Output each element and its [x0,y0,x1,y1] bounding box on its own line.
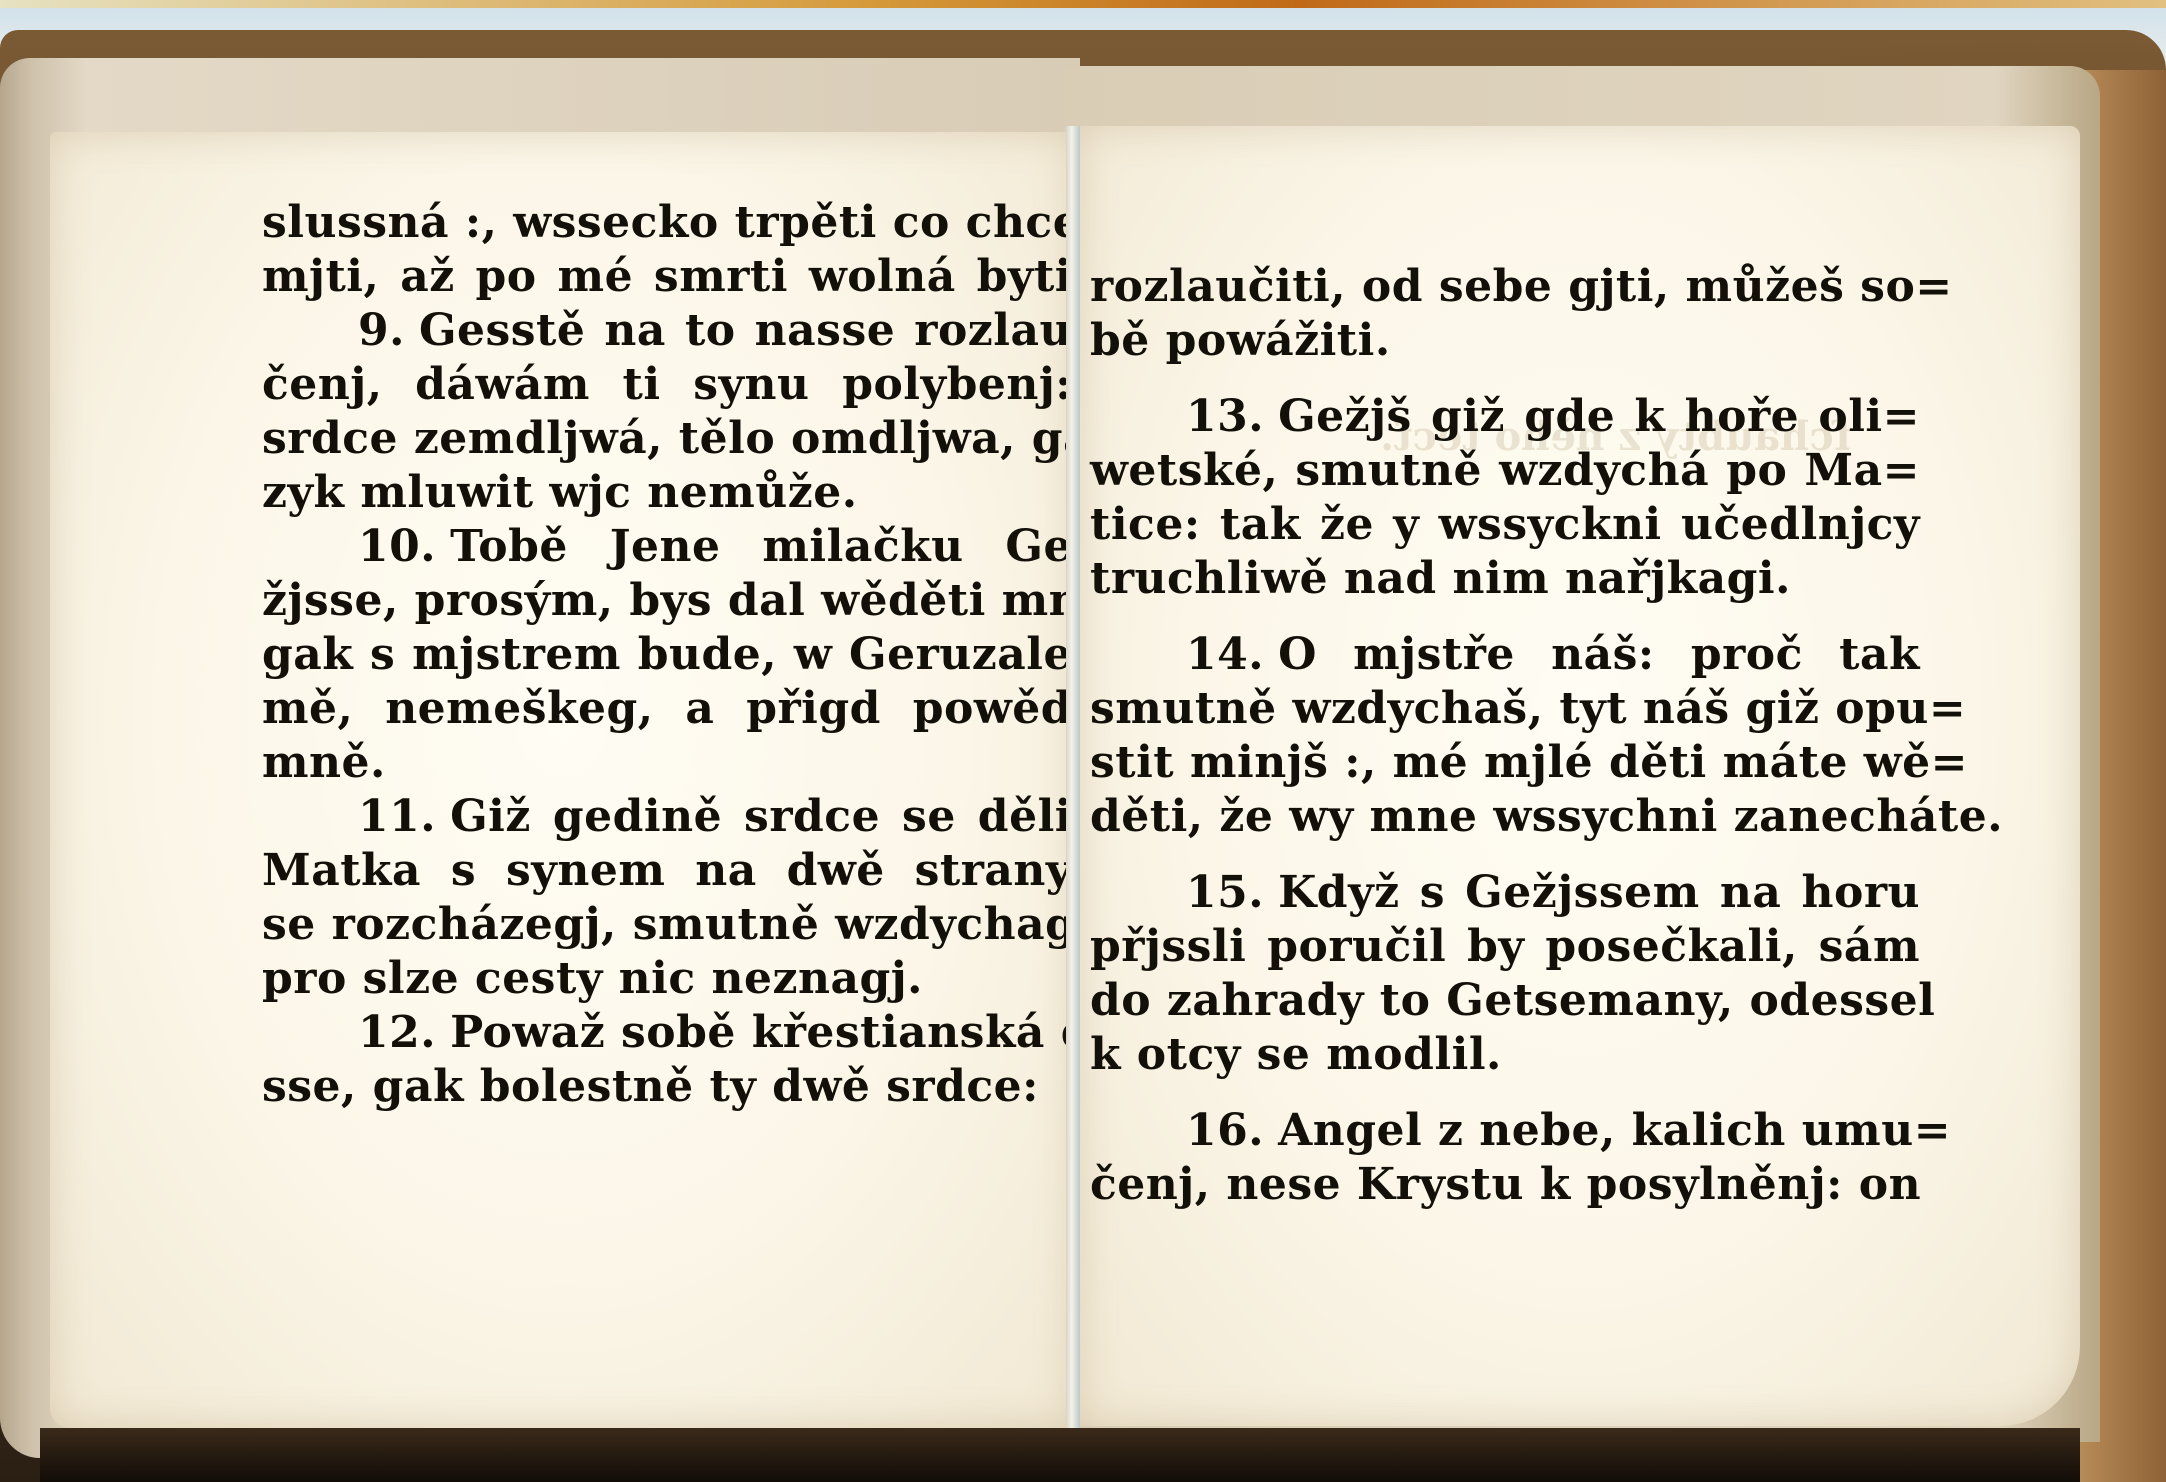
page-bottom-edge [40,1428,2080,1482]
verse-number: 11. [358,791,436,842]
line-text: k otcy se modlil. [1090,1029,1502,1080]
text-line: bě powážiti. [1090,314,1920,368]
line-text: do zahrady to Getsemany, odessel [1090,975,1935,1026]
line-text: Gesstě na to nasse rozlau [419,305,1072,356]
line-text: čenj, nese Krystu k posylněnj: on [1090,1159,1921,1210]
line-text: Angel z nebe, kalich umu= [1278,1105,1951,1156]
verse-first-line: 10.Tobě Jene milačku Ge [262,520,1072,574]
line-text: stit minjš :, mé mjlé děti máte wě= [1090,737,1968,788]
text-line: tice: tak že y wssyckni učedlnjcy [1090,498,1920,552]
text-line: čenj, dáwám ti synu polybenj: [262,358,1072,412]
verse-number: 12. [358,1007,436,1058]
verse-first-line: 15.Když s Gežjssem na horu [1090,866,1920,920]
line-text: rozlaučiti, od sebe gjti, můžeš so= [1090,261,1953,312]
line-text: Powaž sobě křestianská du [450,1007,1072,1058]
text-line: stit minjš :, mé mjlé děti máte wě= [1090,736,1920,790]
text-line: přjssli poručil by posečkali, sám [1090,920,1920,974]
text-line: wetské, smutně wzdychá po Ma= [1090,444,1920,498]
line-text: se rozcházegj, smutně wzdychag [262,899,1072,950]
line-text: mjti, až po mé smrti wolná byti [262,251,1072,302]
text-line: čenj, nese Krystu k posylněnj: on [1090,1158,1920,1212]
text-line: mjti, až po mé smrti wolná byti [262,250,1072,304]
paragraph-gap [1090,606,1920,628]
line-text: čenj, dáwám ti synu polybenj: [262,359,1072,410]
line-text: truchliwě nad nim nařjkagi. [1090,553,1791,604]
line-text: Matka s synem na dwě strany [262,845,1072,896]
line-text: děti, že wy mne wssychni zanecháte. [1090,791,2003,842]
line-text: zyk mluwit wjc nemůže. [262,467,858,518]
line-text: Gežjš giž gde k hoře oli= [1278,391,1920,442]
line-text: smutně wzdychaš, tyt náš giž opu= [1090,683,1966,734]
scanner-edge [0,0,2166,8]
verse-first-line: 11.Giž gedině srdce se děli [262,790,1072,844]
verse-first-line: 9.Gesstě na to nasse rozlau [262,304,1072,358]
text-line: pro slze cesty nic neznagj. [262,952,1072,1006]
line-text: bě powážiti. [1090,315,1391,366]
line-text: přjssli poručil by posečkali, sám [1090,921,1920,972]
book-gutter [1066,126,1080,1428]
verse-first-line: 16.Angel z nebe, kalich umu= [1090,1104,1920,1158]
line-text: mě, nemeškeg, a přigd powěd [262,683,1072,734]
left-page-text: slussná :, wssecko trpěti co chce Bůh!mj… [262,196,1072,1114]
text-line: zyk mluwit wjc nemůže. [262,466,1072,520]
verse-number: 9. [358,305,405,356]
line-text: srdce zemdljwá, tělo omdljwa, ga [262,413,1072,464]
line-text: Tobě Jene milačku Ge [450,521,1072,572]
text-line: sse, gak bolestně ty dwě srdce: [262,1060,1072,1114]
text-line: mě, nemeškeg, a přigd powěd [262,682,1072,736]
line-text: gak s mjstrem bude, w Geruzale [262,629,1072,680]
text-line: truchliwě nad nim nařjkagi. [1090,552,1920,606]
text-line: srdce zemdljwá, tělo omdljwa, ga [262,412,1072,466]
line-text: žjsse, prosým, bys dal wěděti mně [262,575,1072,626]
verse-number: 13. [1186,391,1264,442]
paragraph-gap [1090,1082,1920,1104]
line-text: pro slze cesty nic neznagj. [262,953,923,1004]
line-text: slussná :, wssecko trpěti co chce Bůh! [262,197,1072,248]
line-text: tice: tak že y wssyckni učedlnjcy [1090,499,1920,550]
line-text: Když s Gežjssem na horu [1278,867,1920,918]
right-page-text: rozlaučiti, od sebe gjti, můžeš so=bě po… [1090,260,1920,1212]
verse-number: 15. [1186,867,1264,918]
verse-number: 10. [358,521,436,572]
line-text: wetské, smutně wzdychá po Ma= [1090,445,1920,496]
text-line: slussná :, wssecko trpěti co chce Bůh! [262,196,1072,250]
line-text: mně. [262,737,386,788]
paragraph-gap [1090,368,1920,390]
text-line: do zahrady to Getsemany, odessel [1090,974,1920,1028]
text-line: žjsse, prosým, bys dal wěděti mně [262,574,1072,628]
verse-first-line: 12.Powaž sobě křestianská du [262,1006,1072,1060]
paragraph-gap [1090,844,1920,866]
verse-first-line: 13.Gežjš giž gde k hoře oli= [1090,390,1920,444]
line-text: sse, gak bolestně ty dwě srdce: [262,1061,1039,1112]
text-line: mně. [262,736,1072,790]
text-line: rozlaučiti, od sebe gjti, můžeš so= [1090,260,1920,314]
text-line: k otcy se modlil. [1090,1028,1920,1082]
line-text: Giž gedině srdce se děli [450,791,1072,842]
verse-number: 14. [1186,629,1264,680]
text-line: gak s mjstrem bude, w Geruzale [262,628,1072,682]
line-text: O mjstře náš: proč tak [1278,629,1920,680]
verse-first-line: 14.O mjstře náš: proč tak [1090,628,1920,682]
text-line: Matka s synem na dwě strany [262,844,1072,898]
text-line: smutně wzdychaš, tyt náš giž opu= [1090,682,1920,736]
verse-number: 16. [1186,1105,1264,1156]
text-line: se rozcházegj, smutně wzdychag [262,898,1072,952]
text-line: děti, že wy mne wssychni zanecháte. [1090,790,1920,844]
